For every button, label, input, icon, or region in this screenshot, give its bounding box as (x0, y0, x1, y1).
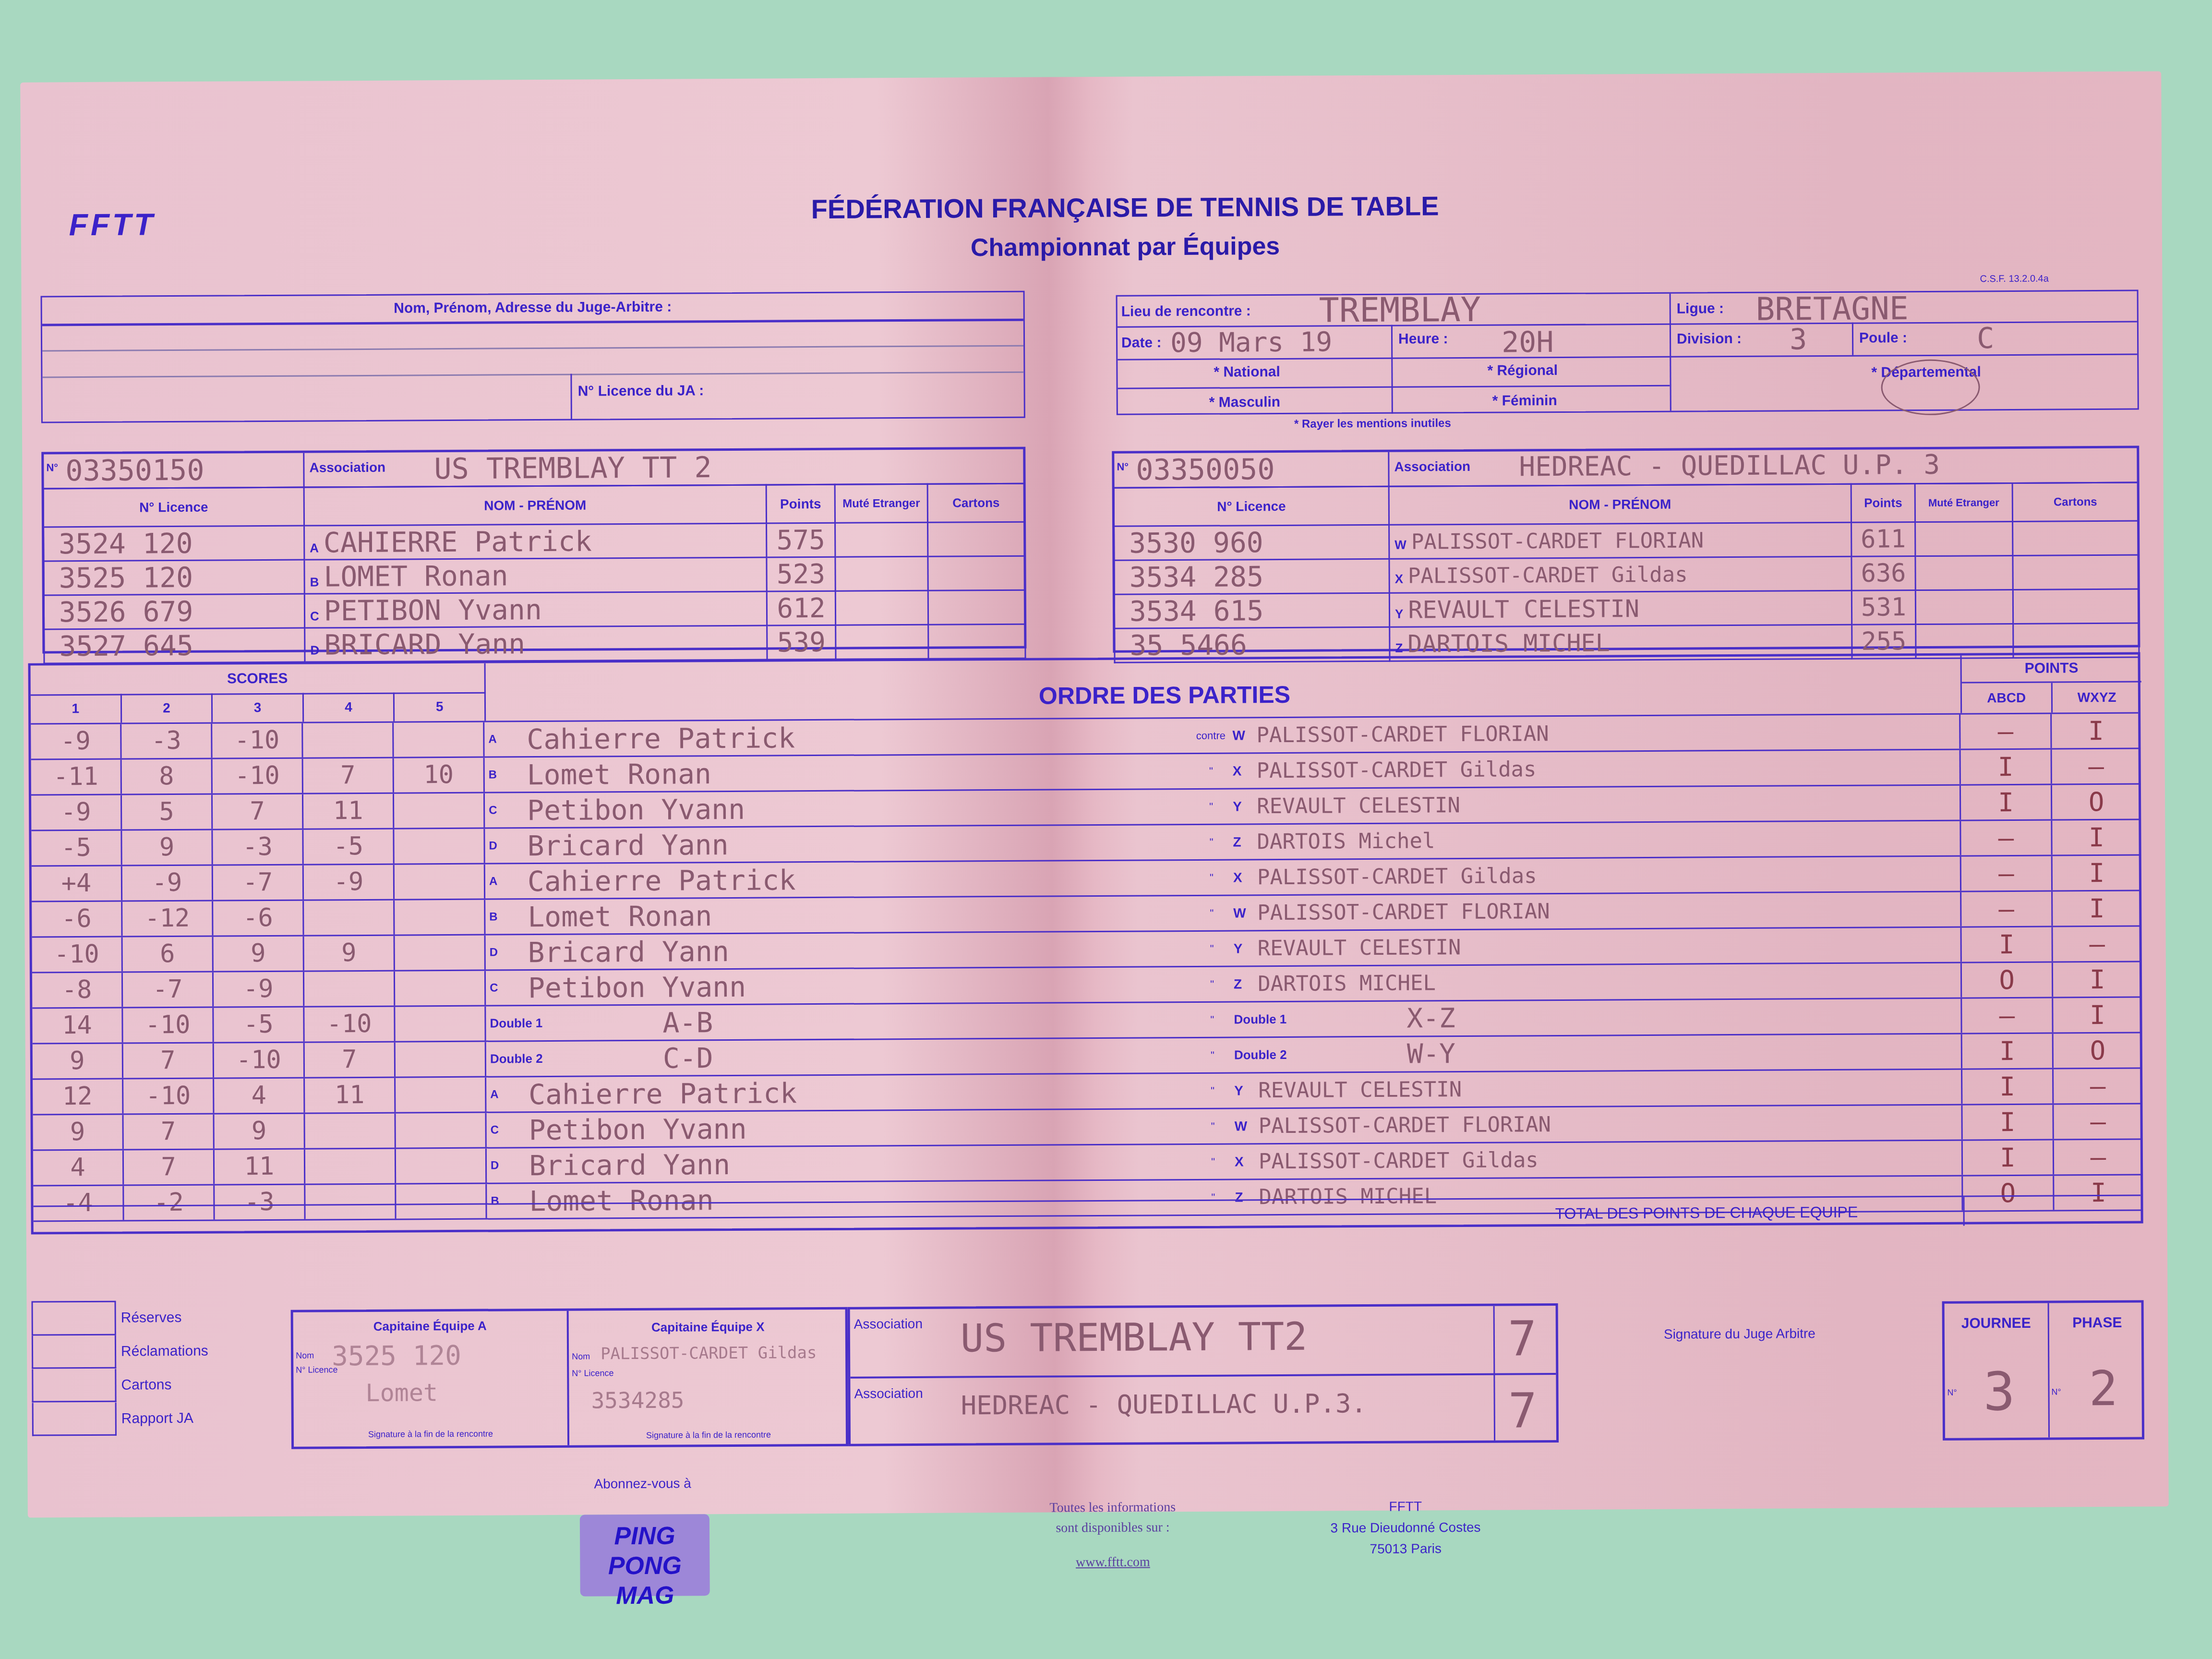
mute-cell[interactable] (1915, 589, 2013, 624)
player-x-name[interactable]: PALISSOT-CARDET FLORIAN (1252, 897, 1960, 926)
points-abcd-cell[interactable]: — (1960, 892, 2053, 926)
heure-label: Heure : (1398, 331, 1448, 348)
points-wxyz-cell[interactable]: — (2053, 927, 2141, 962)
player-a-name[interactable]: Bricard Yann (508, 826, 1190, 862)
player-x-name[interactable]: PALISSOT-CARDET FLORIAN (1253, 1110, 1961, 1139)
player-row: 3534 615 YREVAULT CELESTIN 531 (1114, 589, 2139, 628)
contre-label: " (1191, 1084, 1234, 1097)
cartons-cell[interactable] (928, 522, 1025, 556)
player-a-name[interactable]: Petibon Yvann (509, 968, 1190, 1004)
address-city: 75013 Paris (1286, 1538, 1526, 1560)
set-score-cell[interactable] (395, 865, 485, 899)
lieu-value[interactable]: TREMBLAY (1319, 290, 1481, 330)
player-x-name[interactable]: PALISSOT-CARDET Gildas (1254, 1146, 1961, 1174)
set-score-cell[interactable]: -9 (304, 865, 395, 900)
set-score-cell[interactable] (304, 901, 395, 935)
set-score-cell[interactable]: 7 (123, 1044, 214, 1078)
set-score-cell[interactable]: 7 (305, 1043, 396, 1077)
captain-x-signature-note: Signature à la fin de la rencontre (569, 1430, 848, 1441)
points-wxyz-header: WXYZ (2052, 683, 2141, 713)
set-score-cell[interactable]: 9 (33, 1115, 123, 1150)
points-wxyz-cell[interactable]: O (2052, 785, 2140, 819)
player-a-name[interactable]: Bricard Yann (510, 1145, 1191, 1181)
col-cartons: Cartons (2054, 495, 2097, 508)
scores-section: SCORES 1 2 3 4 5 ORDRE DES PARTIES POINT… (28, 652, 2143, 1235)
player-name[interactable]: LOMET Ronan (324, 559, 508, 593)
player-a-code: D (486, 946, 509, 959)
captain-a-licence[interactable]: 3525 120 (332, 1340, 461, 1372)
player-x-code: Y (1234, 1083, 1253, 1098)
set-header: 3 (213, 693, 304, 722)
team-x-roster: N° 03350050 Association HEDREAC - QUEDIL… (1112, 446, 2140, 653)
licence-cell[interactable]: 3534 285 (1114, 559, 1389, 594)
captain-x-licence[interactable]: 3534285 (591, 1387, 684, 1413)
player-name[interactable]: DARTOIS MICHEL (1407, 629, 1610, 658)
set-score-cell[interactable]: 6 (123, 937, 214, 972)
player-a-name[interactable]: Cahierre Patrick (509, 1074, 1191, 1110)
player-a-code: D (487, 1159, 510, 1172)
player-a-code: A (485, 875, 508, 888)
points-wxyz-cell[interactable]: — (2052, 749, 2140, 784)
contre-label: " (1190, 800, 1233, 813)
set-score-cell[interactable]: -11 (31, 760, 122, 794)
footer-checkboxes: Réserves Réclamations Cartons Rapport JA (32, 1301, 209, 1436)
phase-label: PHASE (2049, 1315, 2145, 1332)
points-wxyz-cell[interactable]: I (2052, 714, 2140, 748)
points-abcd-cell[interactable]: I (1960, 927, 2053, 962)
juge-arbitre-box: Nom, Prénom, Adresse du Juge-Arbitre : N… (41, 291, 1025, 423)
player-name[interactable]: BRICARD Yann (324, 627, 525, 661)
set-score-cell[interactable] (395, 1007, 486, 1041)
set-score-cell[interactable]: -9 (214, 972, 304, 1007)
set-score-cell[interactable]: -10 (123, 1079, 214, 1114)
set-score-cell[interactable]: 4 (214, 1079, 305, 1113)
scores-label: SCORES (227, 671, 288, 687)
player-x-code: Double 1 (1234, 1012, 1301, 1027)
points-cell[interactable]: 539 (767, 625, 836, 660)
cartons-cell[interactable] (2013, 521, 2139, 555)
ligue-label: Ligue : (1677, 301, 1724, 317)
player-row: 3530 960 WPALISSOT-CARDET FLORIAN 611 (1114, 521, 2139, 560)
team-x-table: N° Licence NOM - PRÉNOM Points Muté Etra… (1113, 482, 2140, 663)
set-score-cell[interactable]: 9 (304, 936, 395, 971)
player-a-name[interactable]: Cahierre Patrick (508, 861, 1190, 897)
player-x-name[interactable]: PALISSOT-CARDET Gildas (1252, 755, 1960, 783)
col-points: Points (780, 496, 821, 511)
mute-cell[interactable] (835, 556, 928, 591)
set-score-cell[interactable]: -10 (123, 1008, 214, 1043)
player-a-code: D (485, 839, 508, 853)
set-score-cell[interactable]: -5 (31, 831, 122, 866)
points-cell[interactable]: 523 (767, 557, 835, 591)
player-x-name[interactable]: PALISSOT-CARDET Gildas (1252, 862, 1960, 890)
set-score-cell[interactable]: -6 (213, 901, 304, 936)
set-score-cell[interactable]: -7 (213, 866, 304, 900)
player-a-code: A (484, 733, 507, 746)
team-a-no-value[interactable]: 03350150 (65, 454, 204, 488)
col-mute: Muté Etranger (1928, 496, 1999, 509)
set-score-cell[interactable] (305, 1114, 396, 1148)
result-x-team[interactable]: HEDREAC - QUEDILLAC U.P.3. (961, 1388, 1367, 1420)
date-value[interactable]: 09 Mars 19 (1170, 326, 1332, 359)
points-abcd-cell[interactable]: I (1960, 785, 2052, 820)
player-a-name[interactable]: Cahierre Patrick (507, 719, 1189, 755)
licence-cell[interactable]: 3526 679 (44, 594, 304, 629)
player-a-code: B (485, 910, 508, 924)
points-wxyz-cell[interactable]: — (2054, 1069, 2142, 1104)
points-abcd-cell[interactable]: — (1959, 714, 2052, 749)
set-score-cell[interactable]: 7 (303, 758, 394, 793)
team-a-roster: N° 03350150 Association US TREMBLAY TT 2… (41, 447, 1026, 654)
set-score-cell[interactable]: 8 (122, 759, 213, 794)
set-score-cell[interactable]: -3 (213, 830, 303, 865)
player-a-name[interactable]: Bricard Yann (509, 932, 1190, 968)
set-score-cell[interactable]: 11 (303, 794, 394, 829)
points-abcd-cell[interactable]: I (1961, 1034, 2054, 1069)
poule-value[interactable]: C (1977, 322, 1994, 355)
set-score-cell[interactable]: 14 (32, 1009, 123, 1043)
col-licence: N° Licence (139, 499, 208, 515)
player-a-name[interactable]: Lomet Ronan (508, 755, 1190, 791)
set-score-cell[interactable]: 9 (33, 1044, 123, 1079)
player-name[interactable]: PETIBON Yvann (324, 593, 542, 627)
info-line-2: sont disponibles sur : (1017, 1517, 1209, 1539)
player-a-name[interactable]: A-B (557, 1003, 1190, 1039)
set-header: 1 (31, 694, 122, 723)
contre-label: " (1190, 765, 1233, 777)
player-row: 3534 285 XPALISSOT-CARDET Gildas 636 (1114, 555, 2139, 594)
set-score-cell[interactable]: 7 (124, 1150, 215, 1185)
team-a-table: N° Licence NOM - PRÉNOM Points Muté Etra… (43, 483, 1026, 664)
cartons-cell[interactable] (928, 624, 1025, 659)
set-score-cell[interactable]: -9 (122, 866, 213, 901)
player-x-code: X (1233, 870, 1252, 885)
set-score-cell[interactable]: 9 (122, 830, 213, 865)
set-score-cell[interactable] (394, 829, 485, 864)
phase-no-label: N° (2051, 1387, 2061, 1397)
mute-cell[interactable] (835, 522, 928, 557)
player-a-name[interactable]: C-D (557, 1039, 1191, 1075)
reserves-label: Réserves (121, 1310, 182, 1326)
col-mute: Muté Etranger (842, 496, 920, 510)
player-row: 3527 645 DBRICARD Yann 539 (44, 624, 1025, 663)
info-line-1: Toutes les informations (1017, 1497, 1209, 1518)
points-wxyz-cell[interactable]: I (2053, 891, 2141, 926)
set-header: 5 (395, 692, 486, 721)
form-code: C.S.F. 13.2.0.4a (1980, 274, 2049, 285)
team-x-no-label: N° (1117, 461, 1129, 473)
cartons-cell[interactable] (2013, 589, 2139, 624)
points-abcd-cell[interactable]: I (1961, 1141, 2054, 1175)
cartons-checkbox[interactable] (32, 1369, 116, 1402)
player-x-name[interactable]: DARTOIS Michel (1252, 826, 1960, 854)
division-label: Division : (1677, 331, 1742, 348)
points-abcd-cell[interactable]: I (1961, 1070, 2054, 1104)
result-box: Association US TREMBLAY TT2 7 Associatio… (848, 1303, 1559, 1446)
player-x-name[interactable]: PALISSOT-CARDET FLORIAN (1251, 720, 1959, 748)
mute-cell[interactable] (1915, 521, 2013, 556)
player-x-name[interactable]: X-Z (1301, 1000, 1960, 1035)
set-score-cell[interactable] (395, 900, 485, 935)
set-score-cell[interactable]: +4 (32, 866, 122, 901)
heure-value[interactable]: 20H (1502, 325, 1554, 360)
set-score-cell[interactable]: -5 (214, 1008, 304, 1042)
set-header: 4 (304, 693, 395, 722)
set-headers: 1 2 3 4 5 (31, 692, 486, 723)
player-a-code: A (486, 1088, 509, 1101)
licence-cell[interactable]: 3524 120 (44, 526, 304, 561)
journee-phase-box: JOURNEE PHASE N° 3 N° 2 (1942, 1300, 2145, 1441)
player-name[interactable]: PALISSOT-CARDET FLORIAN (1411, 528, 1704, 554)
mute-cell[interactable] (835, 590, 928, 625)
player-a-code: C (487, 1123, 510, 1137)
contre-label: " (1190, 978, 1234, 990)
result-x-association-label: Association (854, 1386, 923, 1402)
address-street: 3 Rue Dieudonné Costes (1286, 1516, 1526, 1539)
contre-label: " (1190, 1013, 1234, 1026)
rapport-ja-label: Rapport JA (121, 1410, 193, 1427)
result-x-score[interactable]: 7 (1508, 1382, 1537, 1439)
reserves-checkbox[interactable] (31, 1301, 116, 1336)
set-score-cell[interactable]: -3 (121, 724, 212, 758)
player-letter: Z (1390, 641, 1407, 655)
contre-label: " (1190, 907, 1233, 919)
player-a-name[interactable]: Petibon Yvann (508, 790, 1190, 826)
player-a-code: Double 2 (486, 1051, 557, 1067)
reclamations-label: Réclamations (121, 1343, 208, 1360)
player-x-name[interactable]: REVAULT CELESTIN (1252, 791, 1960, 819)
points-label: POINTS (1962, 655, 2141, 684)
licence-cell[interactable]: 3525 120 (44, 560, 304, 595)
contre-label: contre (1189, 729, 1232, 742)
col-nom: NOM - PRÉNOM (484, 497, 586, 513)
player-name[interactable]: PALISSOT-CARDET Gildas (1408, 562, 1688, 588)
points-cell[interactable]: 612 (767, 591, 835, 625)
team-x-no-value[interactable]: 03350050 (1136, 453, 1274, 487)
player-x-name[interactable]: DARTOIS MICHEL (1253, 968, 1960, 997)
ja-licence-input[interactable] (705, 374, 1012, 414)
website-link[interactable]: www.fftt.com (1017, 1552, 1209, 1573)
set-score-cell[interactable]: 11 (305, 1078, 396, 1113)
player-name[interactable]: REVAULT CELESTIN (1408, 595, 1639, 624)
regional-option[interactable]: * Régional (1487, 362, 1558, 379)
points-wxyz-cell[interactable]: — (2054, 1105, 2142, 1139)
team-a-no-label: N° (46, 461, 58, 474)
set-score-cell[interactable] (396, 1042, 486, 1077)
points-abcd-cell[interactable]: I (1961, 1105, 2054, 1140)
col-cartons: Cartons (952, 495, 999, 510)
set-score-cell[interactable]: 10 (394, 758, 485, 793)
col-licence: N° Licence (1217, 498, 1286, 514)
poule-label: Poule : (1859, 330, 1907, 347)
set-score-cell[interactable]: 12 (33, 1080, 123, 1114)
player-a-name[interactable]: Lomet Ronan (508, 897, 1190, 933)
set-score-cell[interactable] (395, 936, 486, 970)
set-score-cell[interactable] (303, 723, 394, 757)
player-x-code: W (1235, 1118, 1254, 1134)
federation-title: FÉDÉRATION FRANÇAISE DE TENNIS DE TABLE (765, 190, 1485, 225)
set-score-cell[interactable] (305, 1149, 396, 1184)
captain-a-name[interactable]: Lomet (365, 1379, 438, 1407)
pingpong-logo[interactable]: PING PONG MAG (580, 1514, 710, 1596)
result-a-team[interactable]: US TREMBLAY TT2 (961, 1314, 1308, 1361)
licence-cell[interactable]: 3530 960 (1114, 525, 1389, 560)
total-label: TOTAL DES POINTS DE CHAQUE EQUIPE (1555, 1203, 1858, 1223)
points-cell[interactable]: 575 (767, 523, 835, 557)
set-score-cell[interactable]: -9 (31, 795, 122, 830)
licence-cell[interactable]: 3527 645 (44, 628, 305, 663)
player-x-code: Double 2 (1234, 1047, 1301, 1063)
ja-name-label: Nom, Prénom, Adresse du Juge-Arbitre : (42, 297, 1023, 319)
captain-a-nom-label: Nom (296, 1351, 314, 1361)
journee-value[interactable]: 3 (1983, 1361, 2015, 1422)
col-points: Points (1864, 495, 1902, 510)
points-abcd-cell[interactable]: — (1960, 821, 2052, 855)
set-score-cell[interactable] (304, 972, 395, 1006)
set-score-cell[interactable] (396, 1113, 486, 1148)
points-abcd-cell[interactable]: — (1960, 998, 2053, 1033)
set-score-cell[interactable]: -10 (213, 759, 303, 793)
licence-cell[interactable]: 3534 615 (1114, 593, 1389, 628)
set-score-cell[interactable]: -7 (123, 973, 214, 1007)
score-sheet: FFTT FÉDÉRATION FRANÇAISE DE TENNIS DE T… (20, 71, 2169, 1517)
set-score-cell[interactable]: 5 (122, 795, 213, 829)
journee-no-label: N° (1947, 1388, 1957, 1398)
contre-label: " (1190, 836, 1233, 848)
points-wxyz-cell[interactable]: — (2054, 1140, 2142, 1175)
player-letter: A (305, 541, 324, 555)
points-abcd-cell[interactable]: I (1960, 750, 2052, 784)
set-score-cell[interactable] (394, 722, 484, 757)
contre-label: " (1190, 871, 1233, 884)
team-a-association-label: Association (309, 460, 385, 476)
address-org: FFTT (1286, 1495, 1526, 1518)
points-header: POINTS ABCD WXYZ (1960, 655, 2142, 713)
reclamations-checkbox[interactable] (32, 1335, 116, 1369)
player-x-name[interactable]: REVAULT CELESTIN (1253, 1075, 1961, 1103)
set-score-cell[interactable]: -10 (214, 1043, 305, 1078)
points-abcd-cell[interactable]: — (1960, 856, 2053, 891)
player-a-code: C (486, 981, 509, 995)
set-score-cell[interactable]: -6 (32, 902, 122, 937)
masculin-option[interactable]: * Masculin (1209, 394, 1281, 411)
player-a-code: C (485, 804, 508, 817)
player-name[interactable]: CAHIERRE Patrick (324, 525, 592, 559)
set-score-cell[interactable]: -5 (303, 829, 394, 864)
captain-x-licence-label: N° Licence (572, 1368, 613, 1378)
player-letter: X (1390, 571, 1408, 586)
set-score-cell[interactable]: -10 (32, 938, 123, 972)
date-label: Date : (1121, 335, 1162, 351)
set-score-cell[interactable] (396, 1078, 486, 1112)
points-cell[interactable]: 636 (1851, 556, 1915, 591)
player-x-name[interactable]: W-Y (1301, 1036, 1961, 1070)
captain-x-label: Capitaine Équipe X (569, 1319, 847, 1335)
player-x-code: X (1235, 1154, 1254, 1169)
address-block: FFTT 3 Rue Dieudonné Costes 75013 Paris (1286, 1495, 1526, 1560)
set-score-cell[interactable]: -10 (212, 723, 303, 758)
points-wxyz-cell[interactable]: I (2053, 856, 2141, 890)
team-x-association-value[interactable]: HEDREAC - QUEDILLAC U.P. 3 (1519, 449, 1940, 483)
points-cell[interactable]: 611 (1851, 522, 1915, 557)
cartons-cell[interactable] (928, 556, 1025, 590)
page-title: FÉDÉRATION FRANÇAISE DE TENNIS DE TABLE … (765, 190, 1485, 264)
player-x-code: Z (1234, 976, 1253, 992)
set-score-cell[interactable]: -9 (31, 724, 121, 759)
set-score-cell[interactable] (396, 1149, 487, 1183)
points-abcd-cell[interactable]: O (1960, 963, 2053, 998)
player-letter: D (305, 643, 324, 657)
fftt-logo: FFTT (69, 206, 156, 242)
points-wxyz-cell[interactable]: I (2053, 998, 2141, 1033)
player-letter: W (1390, 537, 1411, 552)
player-letter: Y (1390, 607, 1408, 621)
set-score-cell[interactable]: 4 (33, 1151, 124, 1185)
player-x-code: Y (1234, 941, 1253, 956)
set-score-cell[interactable] (395, 971, 486, 1006)
info-block: Toutes les informations sont disponibles… (1017, 1497, 1209, 1573)
set-score-cell[interactable]: 9 (214, 937, 304, 971)
col-nom: NOM - PRÉNOM (1569, 496, 1671, 512)
ordre-title: ORDRE DES PARTIES (1039, 681, 1290, 710)
player-x-name[interactable]: REVAULT CELESTIN (1253, 933, 1960, 961)
captains-box: Capitaine Équipe A Nom N° Licence 3525 1… (291, 1307, 849, 1449)
player-a-name[interactable]: Petibon Yvann (509, 1110, 1191, 1146)
set-score-cell[interactable]: 9 (214, 1114, 305, 1149)
phase-value[interactable]: 2 (2089, 1360, 2118, 1417)
player-x-code: Y (1233, 799, 1252, 814)
contre-label: " (1191, 1120, 1235, 1132)
points-wxyz-cell[interactable]: I (2052, 820, 2140, 855)
captain-a-signature-note: Signature à la fin de la rencontre (294, 1429, 567, 1440)
set-header: 2 (121, 694, 213, 723)
division-value[interactable]: 3 (1790, 323, 1807, 356)
rapport-ja-checkbox[interactable] (32, 1402, 117, 1436)
championship-subtitle: Championnat par Équipes (765, 231, 1485, 264)
ja-licence-label: N° Licence du JA : (578, 383, 704, 399)
result-a-score[interactable]: 7 (1508, 1310, 1537, 1367)
set-score-cell[interactable]: -8 (32, 973, 123, 1008)
set-score-cell[interactable]: -12 (122, 902, 213, 936)
cartons-cell[interactable] (2013, 555, 2139, 589)
mute-cell[interactable] (836, 625, 928, 659)
set-score-cell[interactable]: 7 (213, 794, 303, 829)
cartons-cell[interactable] (928, 590, 1025, 625)
ligue-value[interactable]: BRETAGNE (1756, 290, 1909, 328)
team-a-association-value[interactable]: US TREMBLAY TT 2 (434, 451, 711, 486)
points-wxyz-cell[interactable]: I (2053, 962, 2141, 997)
captain-a-label: Capitaine Équipe A (293, 1318, 567, 1334)
feminin-option[interactable]: * Féminin (1492, 393, 1557, 409)
team-x-association-label: Association (1394, 459, 1470, 475)
lieu-label: Lieu de rencontre : (1121, 303, 1251, 320)
player-letter: C (305, 609, 324, 623)
points-abcd-header: ABCD (1962, 683, 2053, 713)
set-score-cell[interactable]: 11 (215, 1150, 305, 1184)
set-score-cell[interactable]: -10 (304, 1007, 395, 1042)
contre-label: " (1191, 1155, 1235, 1168)
player-x-code: W (1233, 905, 1252, 921)
contre-label: " (1190, 942, 1234, 955)
national-option[interactable]: * National (1214, 364, 1280, 381)
set-score-cell[interactable]: 7 (123, 1115, 214, 1149)
set-score-cell[interactable] (394, 793, 485, 828)
ja-signature-label: Signature du Juge Arbitre (1664, 1326, 1815, 1342)
mute-cell[interactable] (1915, 555, 2013, 590)
points-wxyz-cell[interactable]: O (2054, 1034, 2142, 1068)
captain-x-name[interactable]: PALISSOT-CARDET Gildas (601, 1343, 841, 1364)
points-cell[interactable]: 531 (1851, 590, 1915, 625)
